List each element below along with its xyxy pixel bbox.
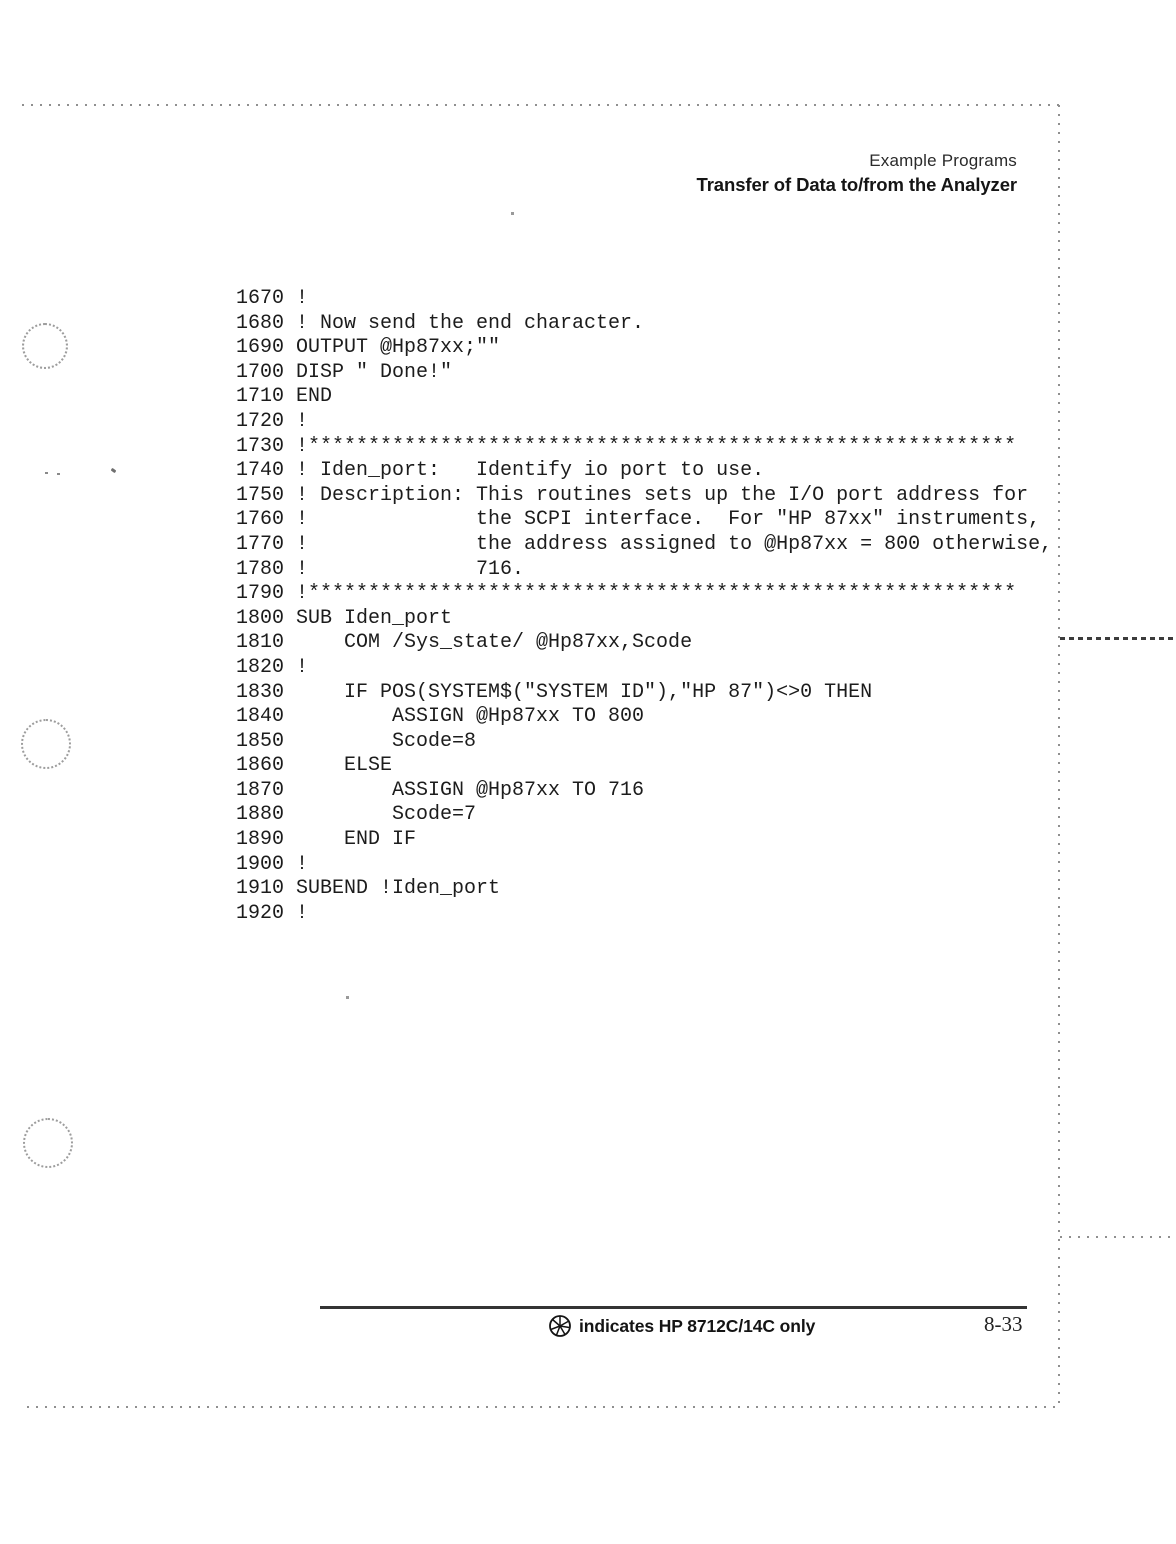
line-number: 1800 [236, 607, 296, 632]
page-number: 8-33 [984, 1312, 1023, 1337]
code-line: 1820! [236, 656, 1052, 681]
line-code: Scode=8 [296, 730, 476, 753]
line-code: ! [296, 902, 308, 925]
line-number: 1770 [236, 533, 296, 558]
line-number: 1670 [236, 287, 296, 312]
code-line: 1840 ASSIGN @Hp87xx TO 800 [236, 705, 1052, 730]
line-code: ! Now send the end character. [296, 312, 644, 335]
code-line: 1910SUBEND !Iden_port [236, 877, 1052, 902]
line-code: ! [296, 410, 308, 433]
line-number: 1880 [236, 803, 296, 828]
line-code: ! [296, 287, 308, 310]
line-code: ! Iden_port: Identify io port to use. [296, 459, 764, 482]
line-code: ! [296, 656, 308, 679]
line-number: 1730 [236, 435, 296, 460]
code-line: 1700DISP " Done!" [236, 361, 1052, 386]
line-number: 1840 [236, 705, 296, 730]
scan-speck [45, 472, 48, 474]
line-code: ! [296, 853, 308, 876]
code-line: 1890 END IF [236, 828, 1052, 853]
footer-note-text: indicates HP 8712C/14C only [579, 1316, 815, 1337]
code-line: 1760! the SCPI interface. For "HP 87xx" … [236, 508, 1052, 533]
code-listing: 1670!1680! Now send the end character.16… [236, 287, 1052, 926]
code-line: 1870 ASSIGN @Hp87xx TO 716 [236, 779, 1052, 804]
scanned-manual-page: Example Programs Transfer of Data to/fro… [0, 0, 1176, 1544]
code-line: 1710END [236, 385, 1052, 410]
line-number: 1830 [236, 681, 296, 706]
line-code: SUBEND !Iden_port [296, 877, 500, 900]
line-code: Scode=7 [296, 803, 476, 826]
line-number: 1750 [236, 484, 296, 509]
chapter-title: Example Programs [697, 151, 1017, 171]
scan-speck [346, 996, 349, 999]
line-number: 1710 [236, 385, 296, 410]
line-number: 1680 [236, 312, 296, 337]
line-code: !***************************************… [296, 582, 1016, 605]
scan-speck [511, 212, 514, 215]
code-line: 1880 Scode=7 [236, 803, 1052, 828]
code-line: 1670! [236, 287, 1052, 312]
code-line: 1800SUB Iden_port [236, 607, 1052, 632]
scan-speck [57, 473, 60, 475]
code-line: 1690OUTPUT @Hp87xx;"" [236, 336, 1052, 361]
footer-note: indicates HP 8712C/14C only [548, 1314, 815, 1338]
footer-rule [320, 1306, 1027, 1309]
line-code: ASSIGN @Hp87xx TO 800 [296, 705, 644, 728]
pinwheel-circle-icon [548, 1314, 572, 1338]
code-line: 1730!***********************************… [236, 435, 1052, 460]
line-code: END [296, 385, 332, 408]
code-line: 1740! Iden_port: Identify io port to use… [236, 459, 1052, 484]
line-number: 1870 [236, 779, 296, 804]
scan-tick-dark [1060, 637, 1176, 640]
scan-edge-top [22, 104, 1060, 106]
line-number: 1780 [236, 558, 296, 583]
punch-hole [22, 323, 68, 369]
line-code: ! Description: This routines sets up the… [296, 484, 1028, 507]
code-line: 1790!***********************************… [236, 582, 1052, 607]
code-line: 1850 Scode=8 [236, 730, 1052, 755]
line-number: 1760 [236, 508, 296, 533]
line-code: IF POS(SYSTEM$("SYSTEM ID"),"HP 87")<>0 … [296, 681, 872, 704]
code-line: 1770! the address assigned to @Hp87xx = … [236, 533, 1052, 558]
line-number: 1790 [236, 582, 296, 607]
code-line: 1780! 716. [236, 558, 1052, 583]
line-number: 1900 [236, 853, 296, 878]
scan-edge-right [1058, 105, 1060, 1408]
code-line: 1830 IF POS(SYSTEM$("SYSTEM ID"),"HP 87"… [236, 681, 1052, 706]
line-code: ! the address assigned to @Hp87xx = 800 … [296, 533, 1052, 556]
line-code: !***************************************… [296, 435, 1016, 458]
scan-speck [111, 468, 117, 473]
code-line: 1810 COM /Sys_state/ @Hp87xx,Scode [236, 631, 1052, 656]
code-line: 1900! [236, 853, 1052, 878]
code-line: 1680! Now send the end character. [236, 312, 1052, 337]
line-number: 1920 [236, 902, 296, 927]
code-line: 1750! Description: This routines sets up… [236, 484, 1052, 509]
line-number: 1690 [236, 336, 296, 361]
section-title: Transfer of Data to/from the Analyzer [697, 174, 1017, 196]
punch-hole [21, 719, 71, 769]
line-number: 1740 [236, 459, 296, 484]
line-code: ! the SCPI interface. For "HP 87xx" inst… [296, 508, 1040, 531]
line-number: 1720 [236, 410, 296, 435]
scan-edge-bottom [27, 1406, 1060, 1408]
page-header: Example Programs Transfer of Data to/fro… [697, 151, 1017, 196]
line-number: 1820 [236, 656, 296, 681]
line-number: 1850 [236, 730, 296, 755]
code-line: 1920! [236, 902, 1052, 927]
line-number: 1700 [236, 361, 296, 386]
line-number: 1860 [236, 754, 296, 779]
line-number: 1890 [236, 828, 296, 853]
line-code: ! 716. [296, 558, 524, 581]
punch-hole [23, 1118, 73, 1168]
line-number: 1810 [236, 631, 296, 656]
line-code: SUB Iden_port [296, 607, 452, 630]
line-code: ELSE [296, 754, 392, 777]
line-code: DISP " Done!" [296, 361, 452, 384]
scan-tick-light [1060, 1236, 1176, 1238]
line-code: COM /Sys_state/ @Hp87xx,Scode [296, 631, 692, 654]
line-code: ASSIGN @Hp87xx TO 716 [296, 779, 644, 802]
code-line: 1860 ELSE [236, 754, 1052, 779]
code-line: 1720! [236, 410, 1052, 435]
line-code: END IF [296, 828, 416, 851]
line-code: OUTPUT @Hp87xx;"" [296, 336, 500, 359]
line-number: 1910 [236, 877, 296, 902]
